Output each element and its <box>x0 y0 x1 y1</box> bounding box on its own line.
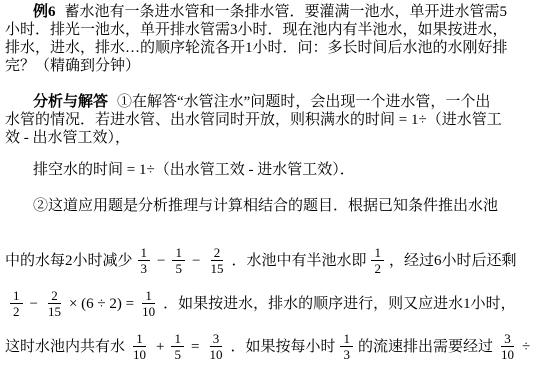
plus-operator: + <box>156 338 164 356</box>
spacer <box>5 215 549 239</box>
drain-time-formula: 排空水的时间 = 1÷（出水管工效 - 进水管工效）． <box>5 161 549 179</box>
problem-line-3: 排水，进水，排水…的顺序轮流各开1小时．问：多长时间后水池的水刚好排 <box>5 39 549 57</box>
part2-intro: ②这道应用题是分析推理与计算相结合的题目．根据已知条件推出水池 <box>5 197 549 215</box>
fraction: 215 <box>45 288 64 319</box>
fraction: 110 <box>130 331 149 362</box>
fraction: 15 <box>171 331 184 362</box>
equation-line-2: 12 − 215 × (6 ÷ 2) = 110 ．如果按进水，排水的顺序进行，… <box>5 282 549 325</box>
equation-text: 的流速排出需要经过 <box>358 338 493 356</box>
equation-text: ，经过6小时后还剩 <box>389 252 517 270</box>
fraction: 13 <box>138 245 151 276</box>
analysis-label: 分析与解答 <box>33 94 108 110</box>
analysis-section: 分析与解答①在解答“水管注水”问题时，会出现一个进水管，一个出 水管的情况．若进… <box>5 93 549 147</box>
analysis-text-1: ①在解答“水管注水”问题时，会出现一个进水管，一个出 <box>117 94 490 110</box>
minus-operator: − <box>157 252 165 270</box>
minus-operator: − <box>30 295 38 313</box>
equation-text: 中的水每2小时减少 <box>5 252 133 270</box>
problem-line-2: 小时．排光一池水，单开排水管需3小时．现在池内有半池水，如果按进水， <box>5 21 549 39</box>
fraction: 12 <box>371 245 384 276</box>
spacer <box>5 147 549 161</box>
equation-line-3: 这时水池内共有水 110 + 15 = 310 ．如果按每小时 13 的流速排出… <box>5 325 549 366</box>
fraction: 310 <box>206 331 225 362</box>
problem-statement: 例6蓄水池有一条进水管和一条排水管．要灌满一池水，单开进水管需5 小时．排光一池… <box>5 3 549 75</box>
equation-text: × (6 ÷ 2) = <box>69 295 134 313</box>
fraction: 15 <box>172 245 185 276</box>
analysis-line-2: 水管的情况．若进水管、出水管同时开放，则积满水的时间 = 1÷（进水管工 <box>5 111 549 129</box>
problem-text-1: 蓄水池有一条进水管和一条排水管．要灌满一池水，单开进水管需5 <box>65 4 508 20</box>
minus-operator: − <box>192 252 200 270</box>
problem-line-4: 完？（精确到分钟） <box>5 57 549 75</box>
equals-operator: = <box>191 338 199 356</box>
equation-text: ．水池中有半池水即 <box>231 252 366 270</box>
equation-text: 这时水池内共有水 <box>5 338 125 356</box>
fraction: 310 <box>498 331 517 362</box>
spacer <box>5 179 549 197</box>
document-page: 例6蓄水池有一条进水管和一条排水管．要灌满一池水，单开进水管需5 小时．排光一池… <box>0 0 553 366</box>
equation-text: ．如果按每小时 <box>230 338 335 356</box>
division-operator: ÷ <box>522 338 530 356</box>
spacer <box>5 75 549 93</box>
fraction: 215 <box>207 245 226 276</box>
problem-label: 例6 <box>33 4 56 20</box>
equation-line-1: 中的水每2小时减少 13 − 15 − 215 ．水池中有半池水即 12 ，经过… <box>5 239 549 282</box>
fraction: 110 <box>139 288 158 319</box>
fraction: 13 <box>340 331 353 362</box>
equation-text: ．如果按进水，排水的顺序进行，则又应进水1小时， <box>163 295 516 313</box>
fraction: 12 <box>10 288 23 319</box>
problem-line-1: 例6蓄水池有一条进水管和一条排水管．要灌满一池水，单开进水管需5 <box>5 3 549 21</box>
analysis-line-1: 分析与解答①在解答“水管注水”问题时，会出现一个进水管，一个出 <box>5 93 549 111</box>
analysis-line-3: 效 - 出水管工效）， <box>5 129 549 147</box>
